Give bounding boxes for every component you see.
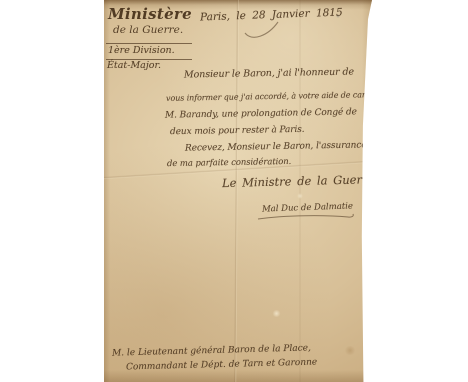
letterhead-ministry-name: Ministère [108, 5, 192, 23]
body-line: Recevez, Monsieur le Baron, l'assurance [185, 140, 367, 153]
body-line: M. Barandy, une prolongation de Congé de [165, 107, 357, 120]
signature-underline-flourish [256, 212, 356, 222]
foxing-spot [272, 310, 281, 317]
foxing-spot [297, 193, 303, 199]
body-line: de ma parfaite considération. [167, 157, 291, 169]
letterhead-division: 1ère Division. [108, 45, 175, 56]
signature-title: Le Ministre de la Guerre . [222, 172, 384, 190]
letterhead-ministry-sub: de la Guerre. [113, 24, 183, 36]
letter-paper: Ministère de la Guerre. 1ère Division. É… [104, 0, 372, 382]
letterhead-rule [106, 43, 192, 44]
stain-spot [344, 346, 356, 355]
recipient-line: Commandant le Dépt. de Tarn et Garonne [126, 357, 317, 372]
date-swash-flourish [242, 20, 282, 42]
body-line: Monsieur le Baron, j'ai l'honneur de [184, 67, 354, 81]
recipient-line: M. le Lieutenant général Baron de la Pla… [112, 343, 311, 358]
body-line: deux mois pour rester à Paris. [170, 125, 305, 137]
body-line: vous informer que j'ai accordé, à votre … [166, 90, 375, 103]
vertical-fold-crease-faint [299, 0, 301, 382]
vertical-fold-crease [234, 0, 240, 382]
letterhead-bureau: État-Major. [107, 60, 161, 71]
scan-background: Ministère de la Guerre. 1ère Division. É… [0, 0, 468, 382]
